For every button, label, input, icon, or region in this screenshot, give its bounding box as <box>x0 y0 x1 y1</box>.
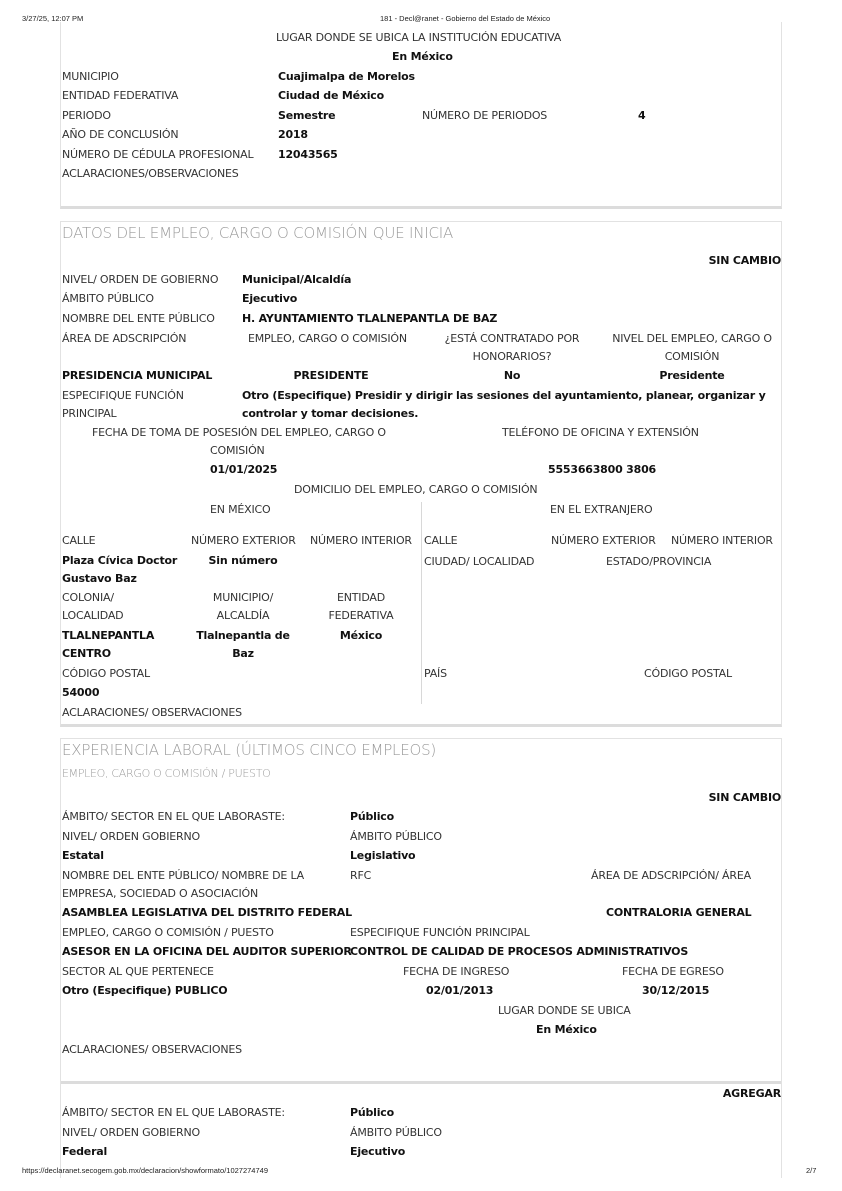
telefono-value: 5553663800 3806 <box>548 463 656 476</box>
mx-entidad-label-2: FEDERATIVA <box>312 609 410 622</box>
anio-label: AÑO DE CONCLUSIÓN <box>62 128 178 141</box>
address-divider <box>421 502 422 704</box>
mx-municipio-value-2: Baz <box>191 647 295 660</box>
entry-1-ambito-publico-label: ÁMBITO PÚBLICO <box>350 830 442 843</box>
municipio-value: Cuajimalpa de Morelos <box>278 70 415 83</box>
fecha-posesion-value: 01/01/2025 <box>210 463 277 476</box>
mx-colonia-label-2: LOCALIDAD <box>62 609 123 622</box>
anio-value: 2018 <box>278 128 308 141</box>
periodo-label: PERIODO <box>62 109 111 122</box>
mx-num-ext-value: Sin número <box>191 554 295 567</box>
entry-2-ambito-sector-value: Público <box>350 1106 394 1119</box>
entry-1-ente-label-1: NOMBRE DEL ENTE PÚBLICO/ NOMBRE DE LA <box>62 869 304 882</box>
entry-1-rfc-label: RFC <box>350 869 371 882</box>
employment-status: SIN CAMBIO <box>709 254 781 267</box>
mx-calle-value-2: Gustavo Baz <box>62 572 137 585</box>
cedula-value: 12043565 <box>278 148 338 161</box>
entry-1-sector-label: SECTOR AL QUE PERTENECE <box>62 965 214 978</box>
municipio-label: MUNICIPIO <box>62 70 119 83</box>
entry-1-egreso-label: FECHA DE EGRESO <box>622 965 724 978</box>
entry-1-area-value: CONTRALORIA GENERAL <box>606 906 751 919</box>
entry-1-funcion-value: CONTROL DE CALIDAD DE PROCESOS ADMINISTR… <box>350 945 688 958</box>
num-periodos-label: NÚMERO DE PERIODOS <box>422 109 547 122</box>
ext-estado-label: ESTADO/PROVINCIA <box>606 555 711 568</box>
mexico-heading: EN MÉXICO <box>210 503 270 516</box>
education-location-heading: LUGAR DONDE SE UBICA LA INSTITUCIÓN EDUC… <box>276 31 561 44</box>
mx-calle-label: CALLE <box>62 534 95 547</box>
print-page-number: 2/7 <box>806 1166 816 1175</box>
ext-num-ext-label: NÚMERO EXTERIOR <box>551 534 656 547</box>
education-aclaraciones-label: ACLARACIONES/OBSERVACIONES <box>62 167 239 180</box>
experience-subtitle: EMPLEO, CARGO O COMISIÓN / PUESTO <box>62 767 270 780</box>
area-adscripcion-label: ÁREA DE ADSCRIPCIÓN <box>62 332 186 345</box>
periodo-value: Semestre <box>278 109 335 122</box>
fecha-posesion-label-2: COMISIÓN <box>210 444 265 457</box>
nivel-gobierno-label: NIVEL/ ORDEN DE GOBIERNO <box>62 273 218 286</box>
mx-calle-value-1: Plaza Cívica Doctor <box>62 554 177 567</box>
mx-num-ext-label: NÚMERO EXTERIOR <box>191 534 296 547</box>
entry-1-egreso-value: 30/12/2015 <box>642 984 709 997</box>
entry-1-ambito-publico-value: Legislativo <box>350 849 415 862</box>
entry-1-status: SIN CAMBIO <box>709 791 781 804</box>
ext-pais-label: PAÍS <box>424 667 447 680</box>
entry-1-funcion-label: ESPECIFIQUE FUNCIÓN PRINCIPAL <box>350 926 530 939</box>
nivel-empleo-label-1: NIVEL DEL EMPLEO, CARGO O <box>604 332 780 345</box>
mx-municipio-label-2: ALCALDÍA <box>191 609 295 622</box>
mx-cp-value: 54000 <box>62 686 99 699</box>
entry-1-area-label: ÁREA DE ADSCRIPCIÓN/ ÁREA <box>591 869 751 882</box>
entry-1-ambito-sector-label: ÁMBITO/ SECTOR EN EL QUE LABORASTE: <box>62 810 285 823</box>
employment-aclaraciones-label: ACLARACIONES/ OBSERVACIONES <box>62 706 242 719</box>
entry-1-cargo-value: ASESOR EN LA OFICINA DEL AUDITOR SUPERIO… <box>62 945 352 958</box>
entry-1-ente-value: ASAMBLEA LEGISLATIVA DEL DISTRITO FEDERA… <box>62 906 352 919</box>
cargo-value: PRESIDENTE <box>248 369 414 382</box>
cedula-label: NÚMERO DE CÉDULA PROFESIONAL <box>62 148 253 161</box>
entry-1-ingreso-value: 02/01/2013 <box>426 984 493 997</box>
education-location-value: En México <box>392 50 453 63</box>
employment-section-title: DATOS DEL EMPLEO, CARGO O COMISIÓN QUE I… <box>62 224 453 242</box>
mx-municipio-value-1: Tlalnepantla de <box>191 629 295 642</box>
experience-section-title: EXPERIENCIA LABORAL (ÚLTIMOS CINCO EMPLE… <box>62 741 436 759</box>
ambito-publico-label: ÁMBITO PÚBLICO <box>62 292 154 305</box>
mx-entidad-value: México <box>312 629 410 642</box>
honorarios-label-2: HONORARIOS? <box>430 350 594 363</box>
funcion-label-2: PRINCIPAL <box>62 407 116 420</box>
ente-publico-label: NOMBRE DEL ENTE PÚBLICO <box>62 312 215 325</box>
entry-1-ente-label-2: EMPRESA, SOCIEDAD O ASOCIACIÓN <box>62 887 258 900</box>
extranjero-heading: EN EL EXTRANJERO <box>550 503 653 516</box>
nivel-empleo-value: Presidente <box>604 369 780 382</box>
entry-1-ingreso-label: FECHA DE INGRESO <box>403 965 509 978</box>
ext-calle-label: CALLE <box>424 534 457 547</box>
area-adscripcion-value: PRESIDENCIA MUNICIPAL <box>62 369 212 382</box>
ente-publico-value: H. AYUNTAMIENTO TLALNEPANTLA DE BAZ <box>242 312 497 325</box>
entidad-label: ENTIDAD FEDERATIVA <box>62 89 178 102</box>
mx-entidad-label-1: ENTIDAD <box>312 591 410 604</box>
ext-cp-label: CÓDIGO POSTAL <box>644 667 732 680</box>
entry-1-aclaraciones-label: ACLARACIONES/ OBSERVACIONES <box>62 1043 242 1056</box>
entry-2-ambito-sector-label: ÁMBITO/ SECTOR EN EL QUE LABORASTE: <box>62 1106 285 1119</box>
domicilio-heading: DOMICILIO DEL EMPLEO, CARGO O COMISIÓN <box>294 483 537 496</box>
funcion-value-1: Otro (Especifique) Presidir y dirigir la… <box>242 389 766 402</box>
nivel-empleo-label-2: COMISIÓN <box>604 350 780 363</box>
entry-2-nivel-value: Federal <box>62 1145 107 1158</box>
honorarios-value: No <box>430 369 594 382</box>
funcion-value-2: controlar y tomar decisiones. <box>242 407 418 420</box>
entry-2-nivel-label: NIVEL/ ORDEN GOBIERNO <box>62 1126 200 1139</box>
mx-colonia-value-2: CENTRO <box>62 647 111 660</box>
entry-1-nivel-label: NIVEL/ ORDEN GOBIERNO <box>62 830 200 843</box>
fecha-posesion-label-1: FECHA DE TOMA DE POSESIÓN DEL EMPLEO, CA… <box>92 426 386 439</box>
mx-colonia-label-1: COLONIA/ <box>62 591 114 604</box>
entry-1-nivel-value: Estatal <box>62 849 104 862</box>
mx-num-int-label: NÚMERO INTERIOR <box>310 534 412 547</box>
entry-divider <box>61 1081 781 1084</box>
entry-1-lugar-label: LUGAR DONDE SE UBICA <box>498 1004 631 1017</box>
ambito-publico-value: Ejecutivo <box>242 292 297 305</box>
entry-2-status: AGREGAR <box>723 1087 781 1100</box>
entidad-value: Ciudad de México <box>278 89 384 102</box>
cargo-label: EMPLEO, CARGO O COMISIÓN <box>248 332 407 345</box>
print-url: https://declaranet.secogem.gob.mx/declar… <box>22 1166 268 1175</box>
ext-num-int-label: NÚMERO INTERIOR <box>671 534 773 547</box>
ext-ciudad-label: CIUDAD/ LOCALIDAD <box>424 555 534 568</box>
entry-2-ambito-publico-label: ÁMBITO PÚBLICO <box>350 1126 442 1139</box>
mx-municipio-label-1: MUNICIPIO/ <box>191 591 295 604</box>
nivel-gobierno-value: Municipal/Alcaldía <box>242 273 351 286</box>
mx-colonia-value-1: TLALNEPANTLA <box>62 629 154 642</box>
entry-1-sector-value: Otro (Especifique) PUBLICO <box>62 984 227 997</box>
telefono-label: TELÉFONO DE OFICINA Y EXTENSIÓN <box>502 426 699 439</box>
num-periodos-value: 4 <box>638 109 645 122</box>
funcion-label-1: ESPECIFIQUE FUNCIÓN <box>62 389 184 402</box>
entry-2-ambito-publico-value: Ejecutivo <box>350 1145 405 1158</box>
entry-1-lugar-value: En México <box>536 1023 597 1036</box>
entry-1-cargo-label: EMPLEO, CARGO O COMISIÓN / PUESTO <box>62 926 274 939</box>
entry-1-ambito-sector-value: Público <box>350 810 394 823</box>
mx-cp-label: CÓDIGO POSTAL <box>62 667 150 680</box>
honorarios-label-1: ¿ESTÁ CONTRATADO POR <box>430 332 594 345</box>
